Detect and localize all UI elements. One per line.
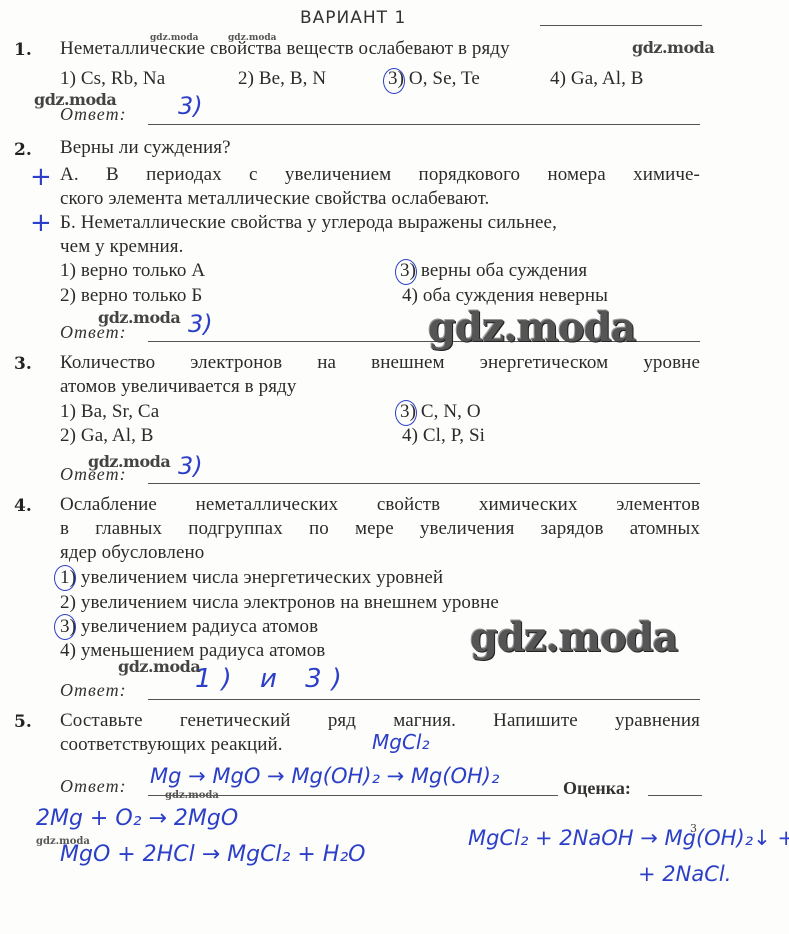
question-1-answer-label: Ответ: (60, 104, 127, 125)
question-4-option-2: 2) увеличением числа электронов на внешн… (60, 592, 499, 614)
question-3-line-1: Количество электронов на внешнем энергет… (60, 352, 700, 374)
question-4-option-1: 1) увеличением числа энергетических уров… (60, 567, 443, 589)
question-4-line-1: Ослабление неметаллических свойств химич… (60, 494, 700, 516)
statement-b-line-2: чем у кремния. (60, 236, 183, 258)
watermark: gdz.moda (228, 33, 276, 43)
selection-circle (383, 68, 405, 94)
statement-b-line-1: Б. Неметаллические свойства у углерода в… (60, 212, 557, 234)
equation-3: MgCl₂ + 2NaOH → Mg(OH)₂↓ + (468, 826, 789, 850)
question-3-number: 3. (14, 354, 32, 374)
watermark: gdz.moda (632, 38, 714, 57)
question-1-option-4: 4) Ga, Al, B (550, 68, 644, 90)
watermark: gdz.moda (428, 304, 635, 351)
statement-a-line-2: ского элемента металлические свойства ос… (60, 188, 489, 210)
question-4-line-3: ядер обусловлено (60, 542, 204, 564)
name-line (540, 25, 702, 26)
question-3-option-4: 4) Cl, P, Si (402, 425, 485, 447)
question-1-handwritten-answer: 3) (178, 92, 203, 120)
question-5-handwritten-answer: Mg → MgO → Mg(OH)₂ → Mg(OH)₂ (150, 764, 499, 788)
statement-b-mark: + (30, 208, 52, 238)
question-3-answer-label: Ответ: (60, 464, 127, 485)
question-1-option-2: 2) Be, B, N (238, 68, 326, 90)
workbook-page: ВАРИАНТ 1 1. Неметаллические свойства ве… (0, 0, 789, 934)
equation-2: MgO + 2HCl → MgCl₂ + H₂O (60, 842, 365, 867)
selection-circle (395, 400, 417, 426)
page-number: 3 (690, 822, 697, 835)
question-1-text: Неметаллические свойства веществ ослабев… (60, 38, 510, 60)
question-2-handwritten-answer: 3) (188, 310, 213, 338)
statement-a-line-1: А. В периодах с увеличением порядкового … (60, 164, 700, 186)
question-4-line-2: в главных подгруппах по мере увеличения … (60, 518, 700, 540)
question-5-answer-label: Ответ: (60, 776, 127, 797)
question-1-number: 1. (14, 40, 32, 60)
question-5-line-2: соответствующих реакций. (60, 734, 283, 756)
selection-circle (395, 259, 417, 285)
question-5-line-1: Составьте генетический ряд магния. Напиш… (60, 710, 700, 732)
question-3-option-1: 1) Ba, Sr, Ca (60, 401, 159, 423)
watermark: gdz.moda (150, 33, 198, 43)
question-1-option-1: 1) Cs, Rb, Na (60, 68, 165, 90)
question-4-answer-line (148, 699, 700, 700)
watermark: gdz.moda (118, 657, 200, 676)
question-2-option-2: 2) верно только Б (60, 285, 202, 307)
variant-title: ВАРИАНТ 1 (300, 8, 406, 28)
grade-line[interactable] (648, 795, 702, 796)
question-3-option-2: 2) Ga, Al, B (60, 425, 154, 447)
question-2-option-1: 1) верно только А (60, 260, 205, 282)
question-2-number: 2. (14, 140, 32, 160)
question-4-answer-label: Ответ: (60, 680, 127, 701)
question-4-number: 4. (14, 496, 32, 516)
question-5-handwritten-note: MgCl₂ (372, 730, 430, 754)
question-2-answer-label: Ответ: (60, 322, 127, 343)
watermark: gdz.moda (165, 790, 219, 801)
question-4-option-3: 3) увеличением радиуса атомов (60, 616, 318, 638)
question-3-handwritten-answer: 3) (178, 452, 203, 480)
selection-circle (54, 565, 76, 591)
question-4-handwritten-answer: 1) и 3) (195, 664, 352, 694)
selection-circle (54, 614, 76, 640)
question-3-line-2: атомов увеличивается в ряду (60, 376, 296, 398)
statement-a-mark: + (30, 162, 52, 192)
equation-3-continuation: + 2NaCl. (638, 862, 731, 886)
equation-1: 2Mg + O₂ → 2MgO (36, 806, 238, 831)
question-2-text: Верны ли суждения? (60, 137, 231, 159)
question-3-answer-line (148, 483, 700, 484)
watermark: gdz.moda (470, 614, 677, 661)
question-1-answer-line (148, 124, 700, 125)
question-2-option-3: 3) верны оба суждения (400, 260, 587, 282)
question-5-number: 5. (14, 712, 32, 732)
grade-label: Оценка: (563, 778, 631, 799)
